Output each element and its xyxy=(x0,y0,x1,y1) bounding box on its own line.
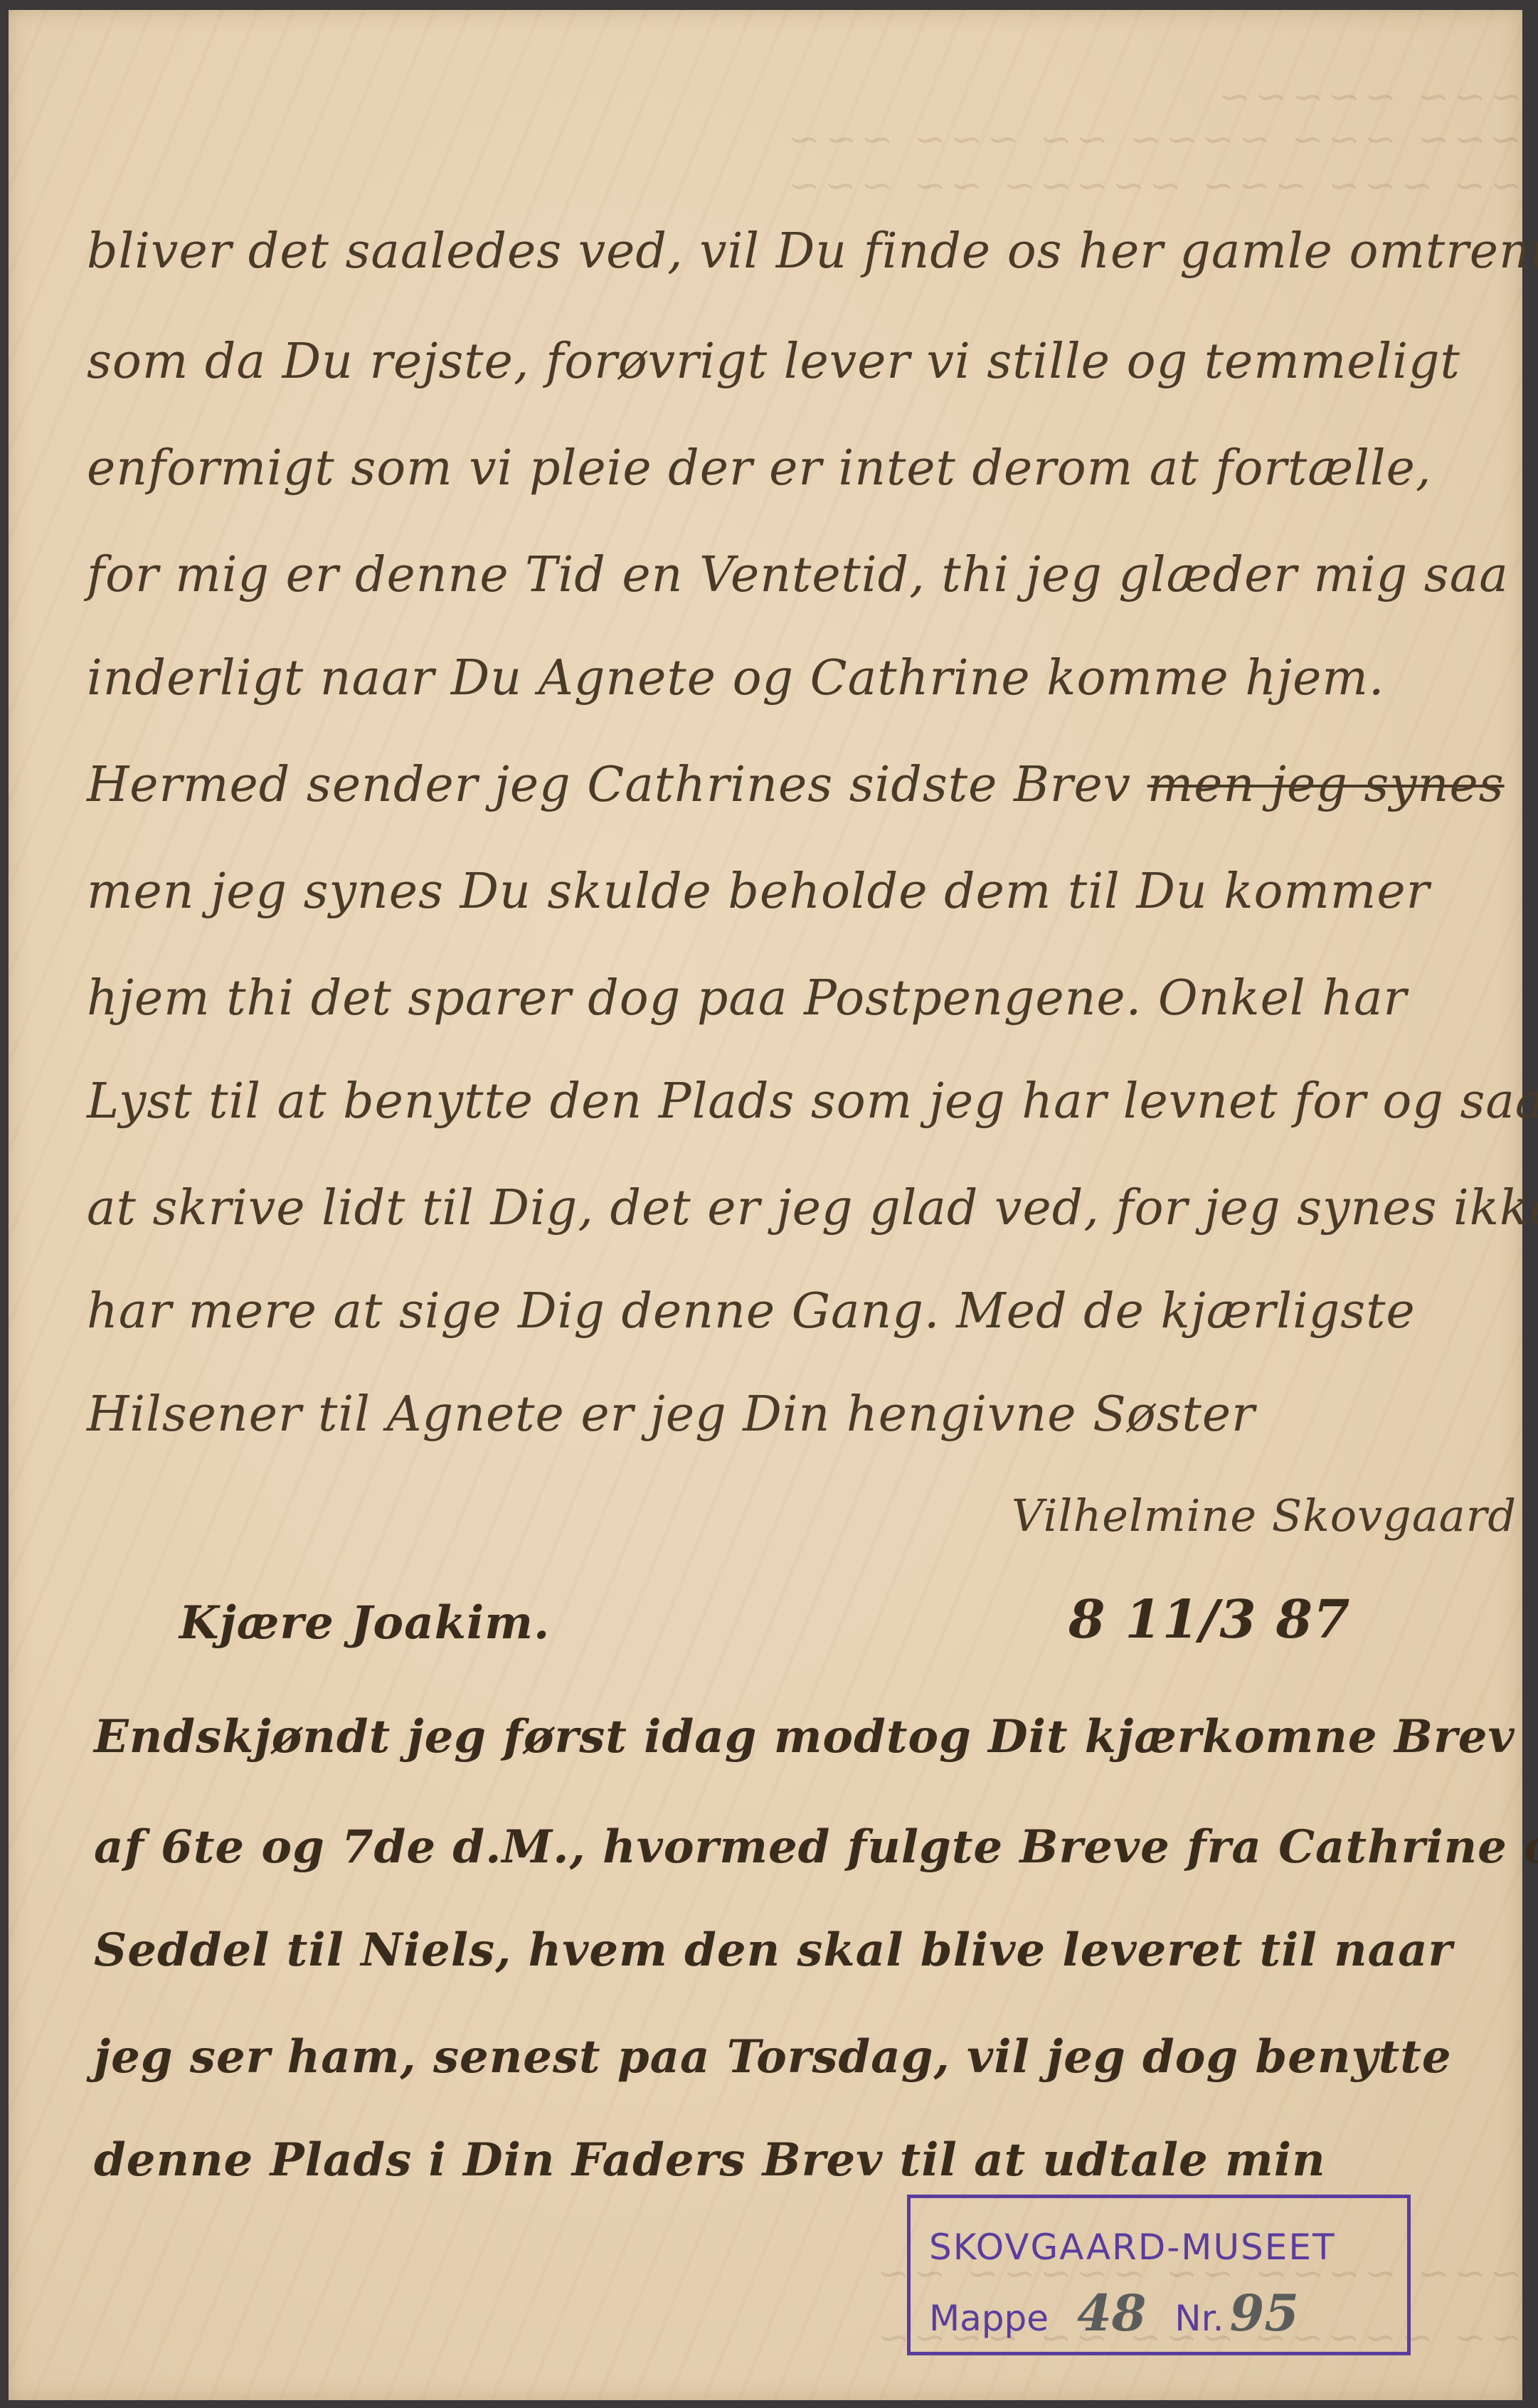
letter-line: Hilsener til Agnete er jeg Din hengivne … xyxy=(87,1386,1522,1443)
letter-paper: ~~~ ~~~~~ ~~~ ~~~ ~~~~ ~~ ~~~ ~~~ ~~ ~~~… xyxy=(9,10,1522,2400)
letter-date: 8 11/3 87 xyxy=(1068,1589,1522,1650)
letter-line: denne Plads i Din Faders Brev til at udt… xyxy=(94,2133,1522,2187)
letter-line: Lyst til at benytte den Plads som jeg ha… xyxy=(87,1073,1522,1130)
letter-line-text: inderligt naar Du Agnete og Cathrine kom… xyxy=(87,650,1384,706)
letter-line-text: Hermed sender jeg Cathrines sidste Brev xyxy=(87,757,1131,813)
letter-line: enformigt som vi pleie der er intet dero… xyxy=(87,440,1522,497)
letter-line: inderligt naar Du Agnete og Cathrine kom… xyxy=(87,650,1522,706)
letter-line: bliver det saaledes ved, vil Du finde os… xyxy=(87,223,1522,280)
bleed-through-text: ~~~ ~~~ ~~~~ ~~ ~~~ ~~~ xyxy=(80,117,1522,161)
museum-stamp: SKOVGAARD-MUSEET Mappe 48 Nr.95 xyxy=(907,2195,1411,2355)
stamp-number-label: Nr. xyxy=(1174,2298,1224,2339)
stamp-folder-number: 48 xyxy=(1077,2284,1146,2343)
stamp-number: 95 xyxy=(1230,2284,1299,2343)
letter-line: jeg ser ham, senest paa Torsdag, vil jeg… xyxy=(94,2030,1522,2084)
struck-text: men jeg synes xyxy=(1147,757,1505,813)
letter-line: af 6te og 7de d.M., hvormed fulgte Breve… xyxy=(94,1820,1522,1874)
stamp-museum-name: SKOVGAARD-MUSEET xyxy=(929,2227,1336,2268)
letter-line: som da Du rejste, forøvrigt lever vi sti… xyxy=(87,334,1522,390)
letter-line: Seddel til Niels, hvem den skal blive le… xyxy=(94,1924,1522,1977)
signature: Vilhelmine Skovgaard xyxy=(1012,1490,1522,1542)
letter-line: Hermed sender jeg Cathrines sidste Brev … xyxy=(87,757,1522,813)
letter-line: at skrive lidt til Dig, det er jeg glad … xyxy=(87,1180,1522,1236)
bleed-through-text: ~~ ~~~ ~~~ ~~~~~ ~~ ~~~ xyxy=(122,163,1522,208)
stamp-folder-row: Mappe 48 Nr.95 xyxy=(929,2284,1299,2343)
letter-line: for mig er denne Tid en Ventetid, thi je… xyxy=(87,547,1522,603)
letter-line: har mere at sige Dig denne Gang. Med de … xyxy=(87,1283,1522,1340)
bleed-through-text: ~~~ ~~~~~ xyxy=(649,74,1522,119)
stamp-folder-label: Mappe xyxy=(929,2298,1049,2339)
letter-line: hjem thi det sparer dog paa Postpengene.… xyxy=(87,970,1522,1027)
letter-line-text: enformigt som vi pleie der er intet dero… xyxy=(87,440,1432,497)
letter-line: Endskjøndt jeg først idag modtog Dit kjæ… xyxy=(94,1710,1522,1763)
letter-line: men jeg synes Du skulde beholde dem til … xyxy=(87,864,1522,920)
